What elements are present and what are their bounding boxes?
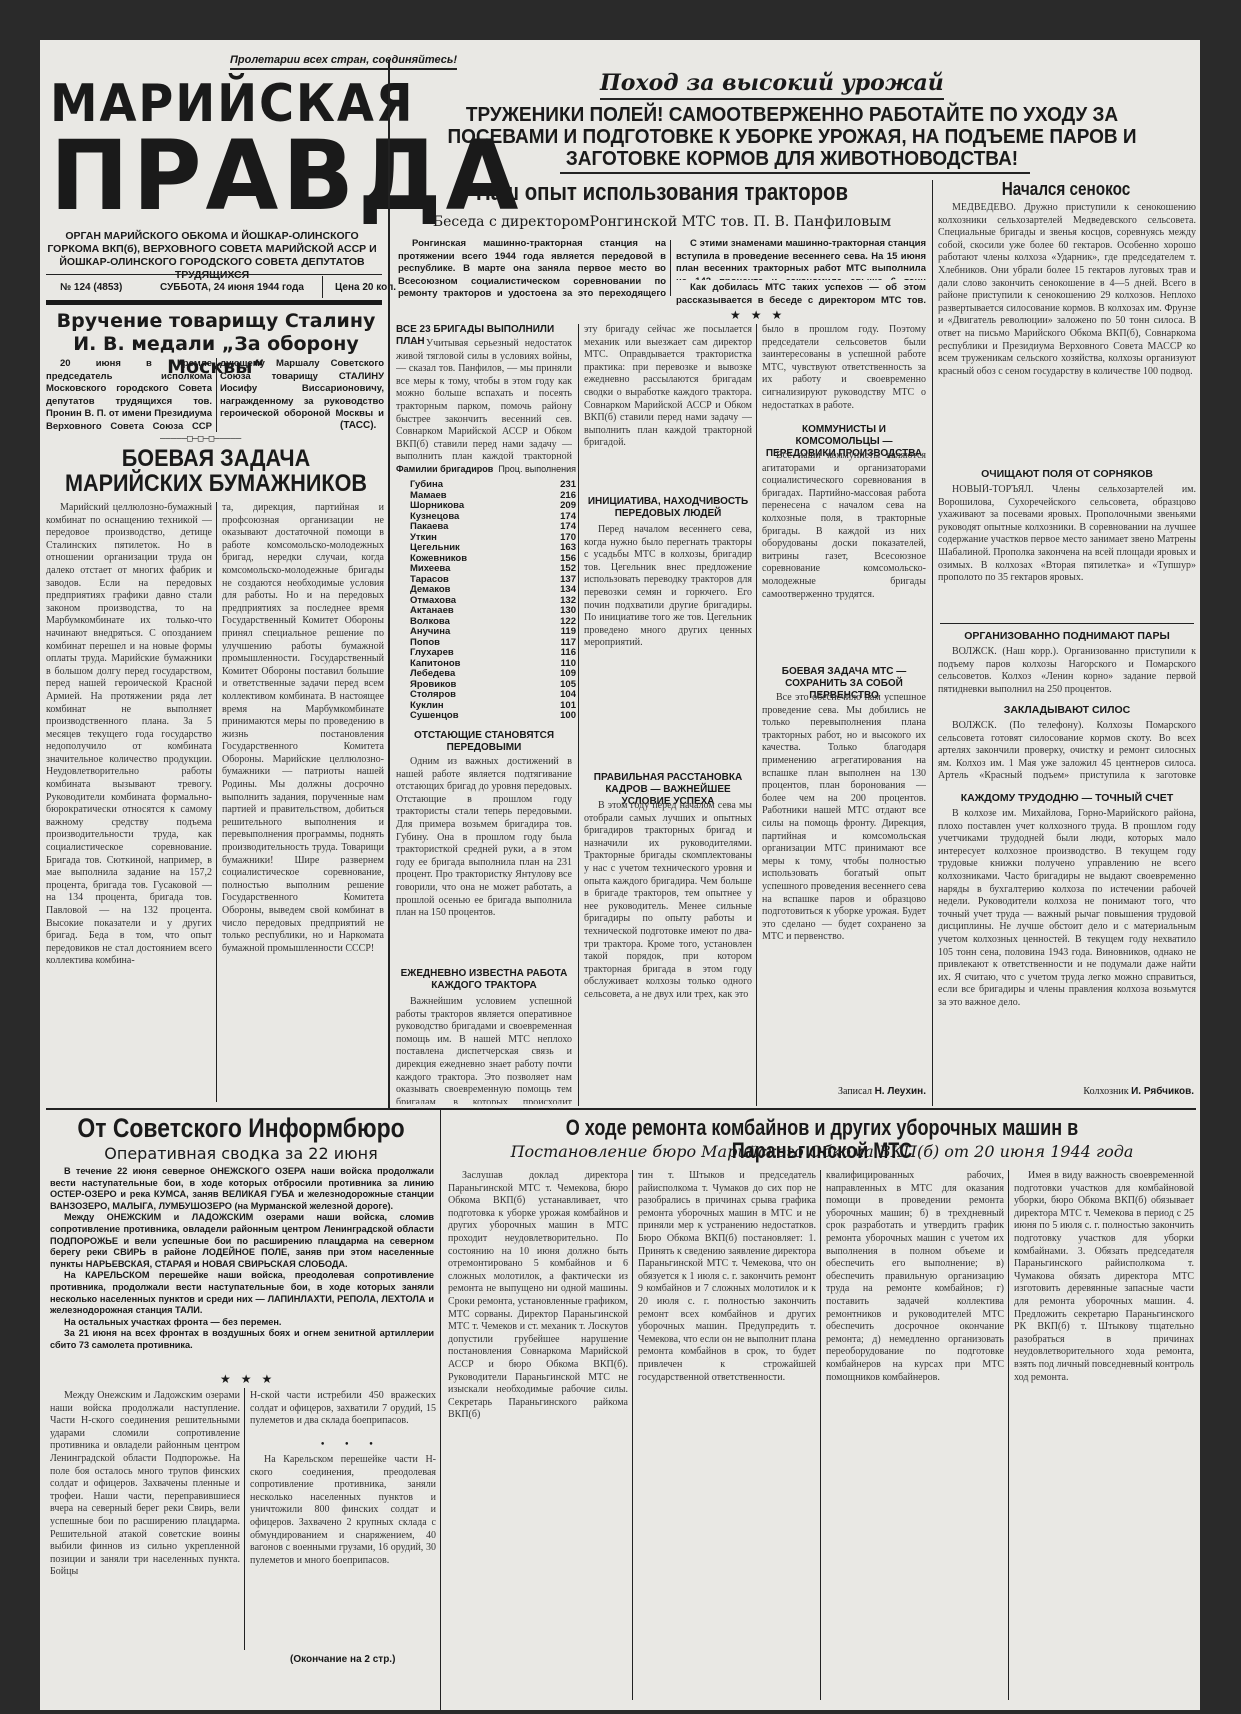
brigade-percent: 119: [540, 627, 576, 638]
stalin-article-col2: дующему Маршалу Советского Союза товарищ…: [220, 358, 384, 422]
tractor-article-signature: Записал Н. Леухин.: [762, 1086, 926, 1097]
masthead-slogan: Пролетарии всех стран, соединяйтесь!: [230, 54, 457, 70]
silage-article-headline: ЗАКЛАДЫВАЮТ СИЛОС: [938, 704, 1196, 716]
banner-slogan: ТРУЖЕНИКИ ПОЛЕЙ! САМООТВЕРЖЕННО РАБОТАЙТ…: [412, 104, 1172, 170]
sovinform-headline: От Советского Информбюро: [75, 1114, 407, 1142]
section-title-initiative: ИНИЦИАТИВА, НАХОДЧИВОСТЬ ПЕРЕДОВЫХ ЛЮДЕЙ: [584, 496, 752, 520]
weeds-article-text: НОВЫЙ-ТОРЪЯЛ. Члены сельхозартелей им. В…: [938, 484, 1196, 620]
brigade-row: Демаков134: [410, 585, 576, 596]
brigade-percent: 231: [540, 480, 576, 491]
brigade-percent: 134: [540, 585, 576, 596]
sovinform-col1: Между Онежским и Ладожским озерами наши …: [50, 1390, 240, 1698]
brigadier-name: Актанаев: [410, 606, 540, 617]
brigadier-name: Сушенцов: [410, 711, 540, 722]
brigade-percent: 209: [540, 501, 576, 512]
brigade-percent: 116: [540, 648, 576, 659]
weeds-article-headline: ОЧИЩАЮТ ПОЛЯ ОТ СОРНЯКОВ: [938, 468, 1196, 480]
brigade-row: Михеева152: [410, 564, 576, 575]
brigadier-name: Столяров: [410, 690, 540, 701]
brigade-percent: 163: [540, 543, 576, 554]
section-text-mts-task: Все это обеспечило нам успешное проведен…: [762, 692, 926, 1082]
stalin-article-source: (ТАСС).: [340, 420, 376, 431]
section-text-daily-work: Важнейшим условием успешной работы тракт…: [396, 996, 572, 1104]
brigade-percent: 109: [540, 669, 576, 680]
brigade-row: Столяров104: [410, 690, 576, 701]
section-text-cadres: В этом году перед началом сева мы отобра…: [584, 800, 752, 1104]
brigadier-name: Михеева: [410, 564, 540, 575]
newspaper-page: Пролетарии всех стран, соединяйтесь! МАР…: [40, 40, 1200, 1710]
hay-article-headline: Начался сенокос: [956, 180, 1177, 199]
brigade-percent: 100: [540, 711, 576, 722]
brigade-row: Пакаева174: [410, 522, 576, 533]
stalin-article-col1: 20 июня в Кремле председатель исполкома …: [46, 358, 212, 432]
dots-divider: • • •: [320, 1440, 382, 1450]
sovinform-col2b: На Карельском перешейке части Н-ского со…: [250, 1454, 436, 1650]
silage-article-text: ВОЛЖСК. (По телефону). Колхозы Помарског…: [938, 720, 1196, 786]
brigade-table-header: Фамилии бригадиров Проц. выполнения: [396, 464, 576, 474]
brigade-percent: 104: [540, 690, 576, 701]
brigade-row: Глухарев116: [410, 648, 576, 659]
section-title-laggards: ОТСТАЮЩИЕ СТАНОВЯТСЯ ПЕРЕДОВЫМИ: [396, 730, 572, 754]
brigade-row: Актанаев130: [410, 606, 576, 617]
brigadier-name: Анучина: [410, 627, 540, 638]
paper-article-col1: Марийский целлюлозно-бумажный комбинат п…: [46, 502, 212, 1102]
brigadier-name: Лебедева: [410, 669, 540, 680]
issue-price: Цена 20 коп.: [335, 282, 396, 293]
fallow-article-headline: ОРГАНИЗОВАННО ПОДНИМАЮТ ПАРЫ: [938, 630, 1196, 642]
section-text-laggards: Одним из важных достижений в нашей работ…: [396, 756, 572, 962]
rubric: Поход за высокий урожай: [600, 70, 944, 100]
brigadier-name: Шорникова: [410, 501, 540, 512]
brigadier-name: Цегельник: [410, 543, 540, 554]
workday-article-text: В колхозе им. Михайлова, Горно-Марийског…: [938, 808, 1196, 1084]
tractor-col2-text: эту бригаду сейчас же посылается механик…: [584, 324, 752, 490]
brigade-percent: 174: [540, 522, 576, 533]
brigade-row: Сушенцов100: [410, 711, 576, 722]
paper-article-col2: та, дирекция, партийная и профсоюзная ор…: [222, 502, 384, 1102]
combine-article-col4: Имея в виду важность своевременной подго…: [1014, 1170, 1194, 1700]
combine-article-col2: тин т. Штыков и председатель райисполком…: [638, 1170, 816, 1700]
tractor-article-lead3: Как добилась МТС таких успехов — об этом…: [676, 282, 926, 308]
fallow-article-text: ВОЛЖСК. (Наш корр.). Организованно прист…: [938, 646, 1196, 698]
tractor-col3-text: было в прошлом году. Поэтому председател…: [762, 324, 926, 418]
brigade-row: Шорникова209: [410, 501, 576, 512]
tractor-article-lead1: Ронгинская машинно-тракторная станция на…: [398, 238, 666, 300]
ornament-divider: —————□—□—□—————: [160, 434, 241, 444]
brigade-results-table: Губина231Мамаев216Шорникова209Кузнецова1…: [410, 480, 576, 722]
brigade-row: Цегельник163: [410, 543, 576, 554]
section-text-initiative: Перед началом весеннего сева, когда нужн…: [584, 524, 752, 764]
hay-article-text: МЕДВЕДЕВО. Дружно приступили к сенокошен…: [938, 202, 1196, 464]
sovinform-col2a: Н-ской части истребили 450 вражеских сол…: [250, 1390, 436, 1436]
continued-note: (Окончание на 2 стр.): [290, 1654, 395, 1665]
brigade-percent: 152: [540, 564, 576, 575]
brigadier-name: Глухарев: [410, 648, 540, 659]
tractor-article-lead2: С этими знаменами машинно-тракторная ста…: [676, 238, 926, 280]
stars-divider: ★★★: [730, 308, 792, 322]
section-text-communists: Все наши коммунисты являются агитаторами…: [762, 450, 926, 660]
brigade-percent: 130: [540, 606, 576, 617]
brigadier-name: Губина: [410, 480, 540, 491]
sovinform-subheadline: Оперативная сводка за 22 июня: [46, 1144, 436, 1163]
brigadier-name: Демаков: [410, 585, 540, 596]
workday-article-headline: КАЖДОМУ ТРУДОДНЮ — ТОЧНЫЙ СЧЕТ: [938, 792, 1196, 804]
sovinform-bulletin: В течение 22 июня северное ОНЕЖСКОГО ОЗЕ…: [50, 1166, 434, 1372]
issue-number: № 124 (4853): [60, 282, 122, 293]
section-text-all-brigades: — Учитывая серьезный недостаток живой тя…: [396, 338, 572, 460]
stars-divider-sovinform: ★★★: [220, 1372, 282, 1386]
brigade-row: Лебедева109: [410, 669, 576, 680]
combine-article-subheadline: Постановление бюро Марийского Обкома ВКП…: [444, 1142, 1200, 1161]
issue-date: СУББОТА, 24 июня 1944 года: [160, 282, 304, 293]
workday-article-signature: Колхозник И. Рябчиков.: [938, 1086, 1194, 1097]
tractor-article-headline: Наш опыт использования тракторов: [433, 180, 892, 205]
paper-article-headline: БОЕВАЯ ЗАДАЧА МАРИЙСКИХ БУМАЖНИКОВ: [63, 446, 369, 496]
section-title-daily-work: ЕЖЕДНЕВНО ИЗВЕСТНА РАБОТА КАЖДОГО ТРАКТО…: [396, 968, 572, 992]
brigadier-name: Пакаева: [410, 522, 540, 533]
tractor-article-subheadline: Беседа с директоромРонгинской МТС тов. П…: [392, 214, 932, 230]
brigade-row: Анучина119: [410, 627, 576, 638]
brigade-row: Губина231: [410, 480, 576, 491]
combine-article-col3: квалифицированных рабочих, направленных …: [826, 1170, 1004, 1700]
combine-article-col1: Заслушав доклад директора Параньгинской …: [448, 1170, 628, 1700]
